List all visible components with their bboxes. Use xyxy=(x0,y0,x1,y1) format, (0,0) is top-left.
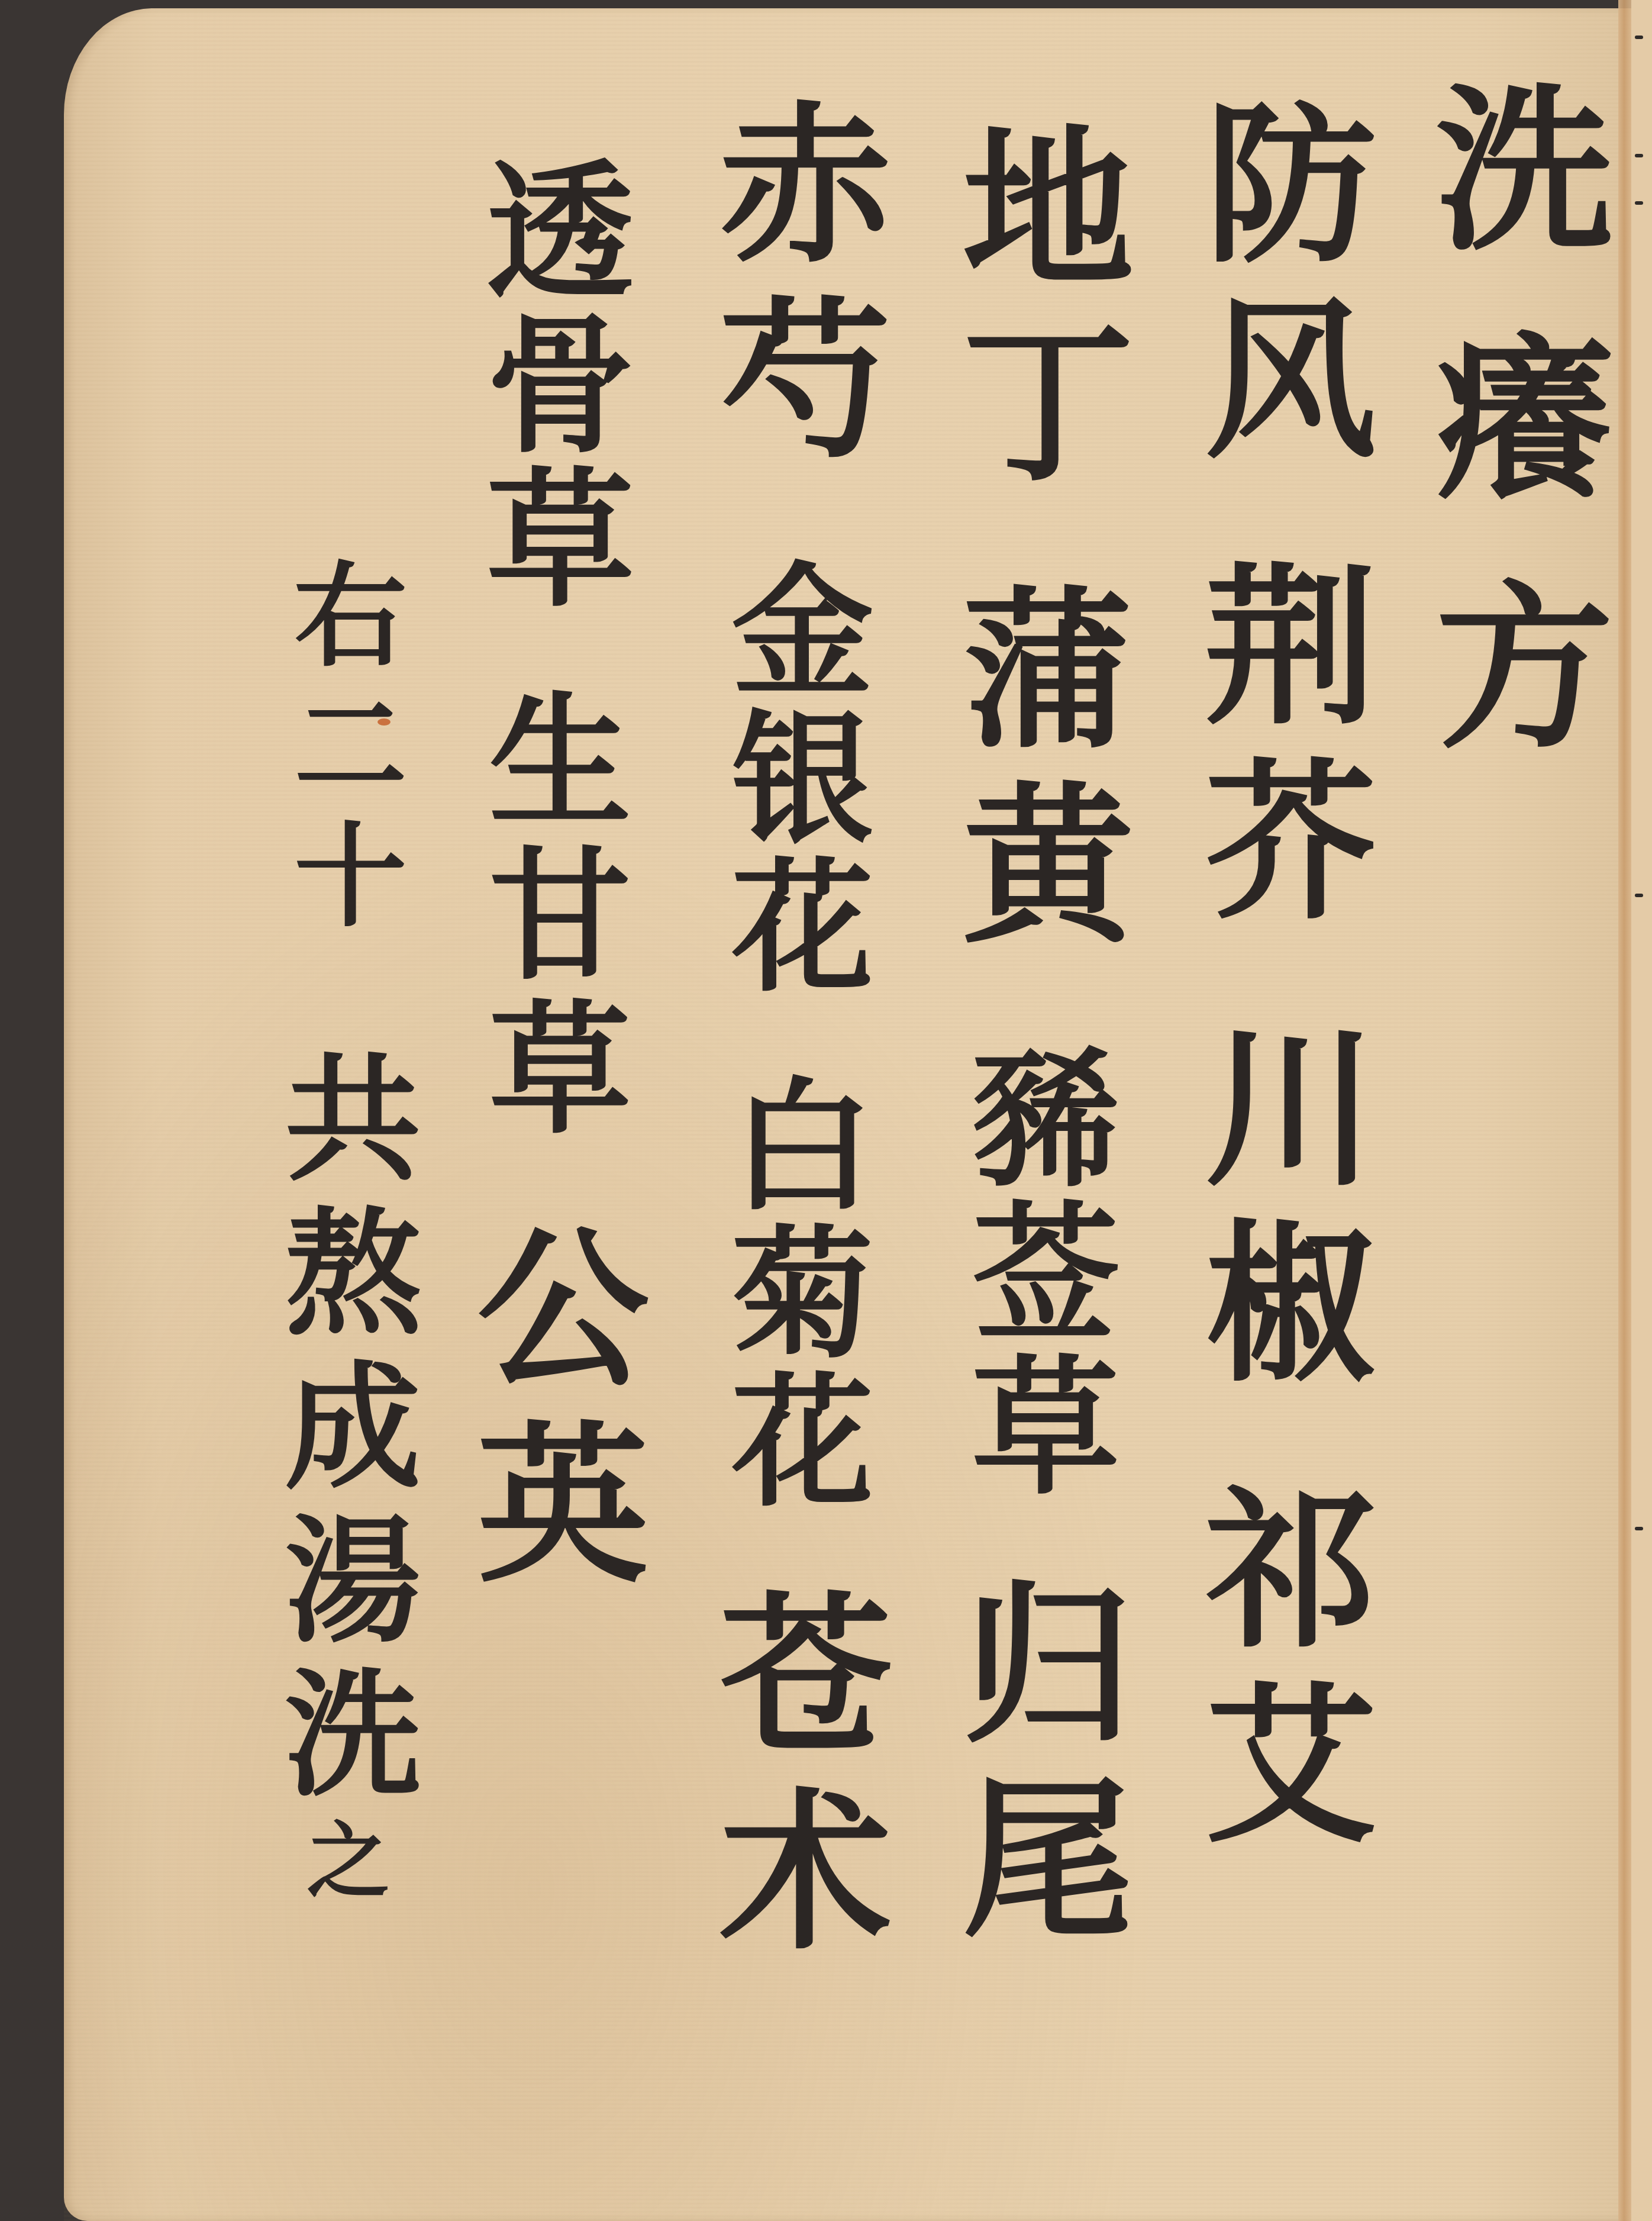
herb-item: 苍术 xyxy=(705,1586,877,1977)
herb-item: 祁艾 xyxy=(1190,1479,1362,1870)
herb-item: 地丁 xyxy=(948,118,1119,509)
herb-item: 川椒 xyxy=(1190,1018,1362,1408)
herb-item: 豨莶草 xyxy=(960,1042,1108,1503)
herb-item: 防风 xyxy=(1190,95,1362,485)
herb-item: 归尾 xyxy=(948,1574,1119,1965)
herb-column-4: 透骨草生甘草公英 xyxy=(409,154,634,2083)
herb-column-2: 地丁蒲黄豨莶草归尾 xyxy=(877,118,1119,2083)
text-columns: 洗癢方 防风荆芥川椒祁艾 地丁蒲黄豨莶草归尾 赤芍金银花白菊花苍术 透骨草生甘草… xyxy=(202,71,1599,2083)
adjacent-ink-mark xyxy=(1635,1527,1643,1530)
note-quantity: 右二十 xyxy=(285,556,398,947)
herb-item: 蒲黄 xyxy=(948,580,1119,971)
adjacent-ink-mark xyxy=(1635,894,1643,897)
formula-title: 洗癢方 xyxy=(1362,77,1599,2083)
herb-column-1: 防风荆芥川椒祁艾 xyxy=(1119,95,1362,2083)
herb-item: 赤芍 xyxy=(705,95,877,485)
herb-item: 透骨草 xyxy=(475,154,622,615)
preparation-note: 右二十共熬成湯洗之 xyxy=(220,556,409,2083)
herb-item: 金银花 xyxy=(720,556,862,1000)
adjacent-ink-mark xyxy=(1635,201,1643,205)
adjacent-page-edge xyxy=(1631,0,1652,2221)
adjacent-ink-mark xyxy=(1635,36,1643,39)
herb-column-3: 赤芍金银花白菊花苍术 xyxy=(634,95,877,2083)
herb-item: 生甘草 xyxy=(477,686,619,1148)
herb-item: 荆芥 xyxy=(1190,556,1362,947)
note-instruction: 共熬成湯洗 xyxy=(262,1047,421,1817)
book-spine-fold xyxy=(1618,0,1631,2221)
note-end: 之 xyxy=(293,1817,390,1917)
herb-item: 白菊花 xyxy=(720,1071,862,1515)
adjacent-ink-mark xyxy=(1635,154,1643,157)
herb-item: 公英 xyxy=(463,1219,634,1610)
